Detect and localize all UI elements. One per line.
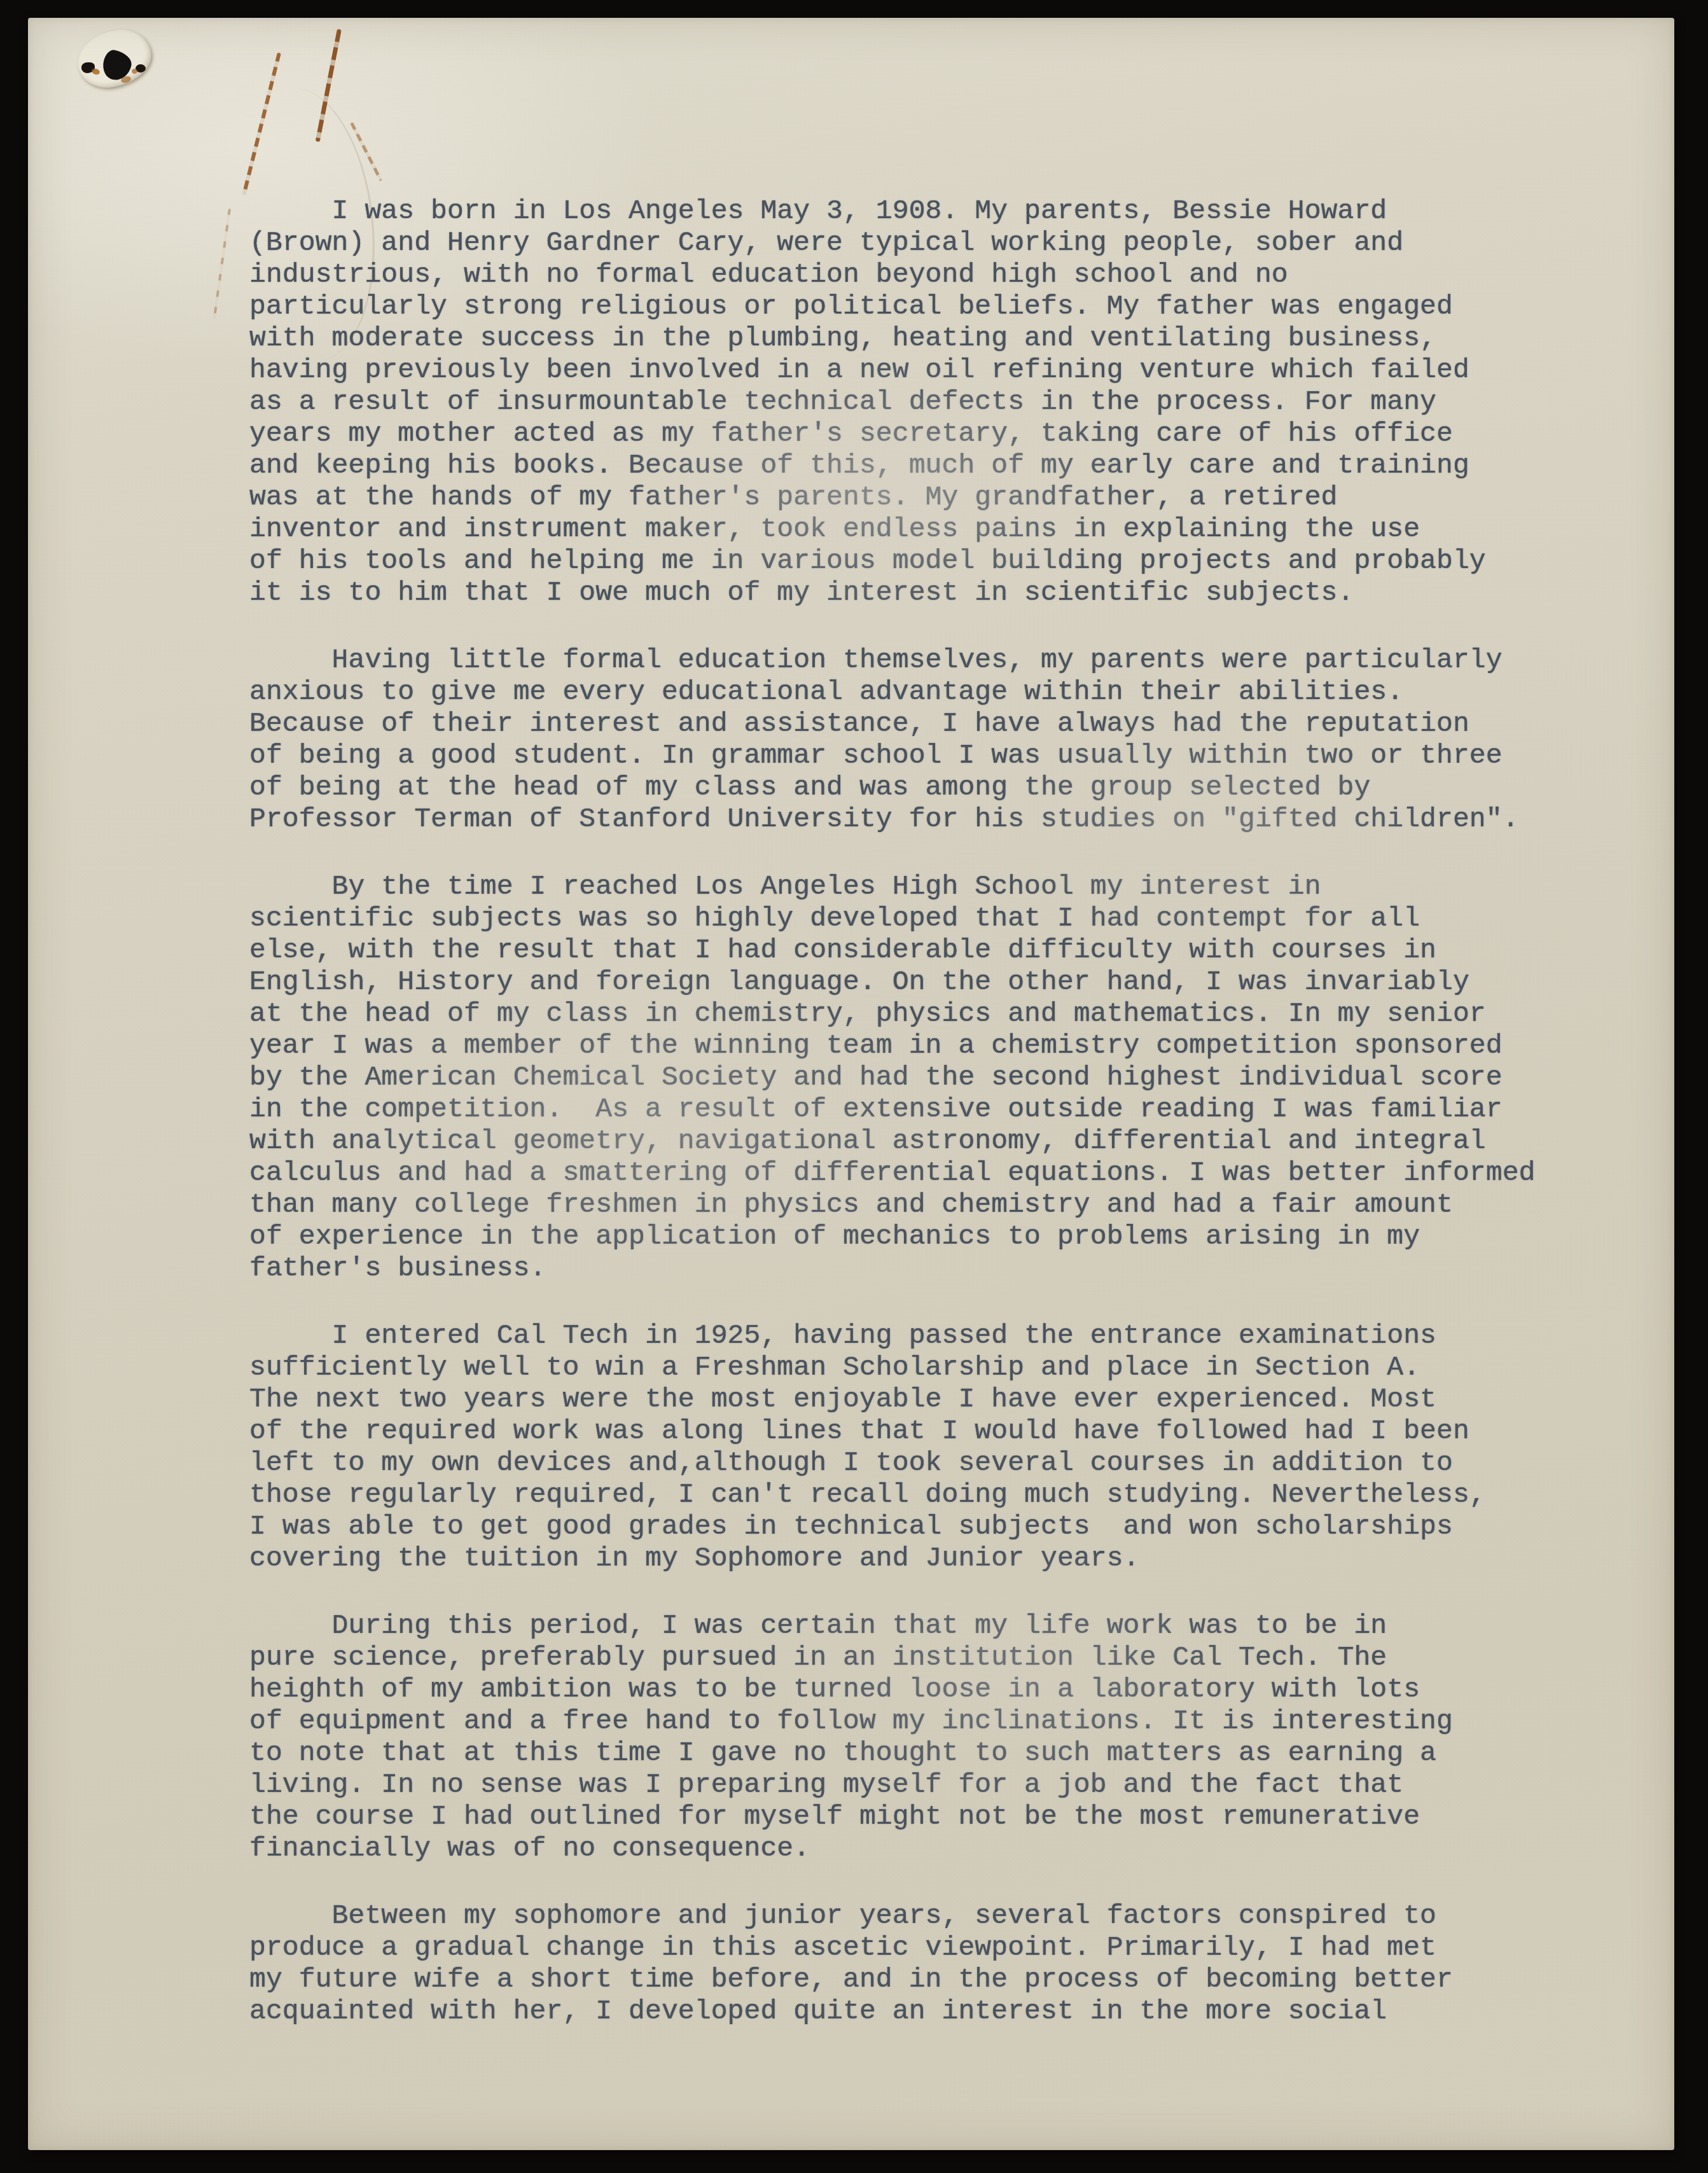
typewritten-line: industrious, with no formal education be…	[249, 259, 1617, 291]
paragraph-2: Having little formal education themselve…	[249, 644, 1617, 835]
rust-speck	[132, 69, 137, 74]
rust-stain-streak	[213, 209, 231, 319]
scan-backdrop: I was born in Los Angeles May 3, 1908. M…	[0, 0, 1708, 2173]
typewritten-line: at the head of my class in chemistry, ph…	[249, 998, 1617, 1030]
typewritten-line: those regularly required, I can't recall…	[249, 1479, 1617, 1511]
typewritten-line: pure science, preferably pursued in an i…	[249, 1642, 1617, 1674]
typewritten-line: as a result of insurmountable technical …	[249, 386, 1617, 418]
typewritten-line: produce a gradual change in this ascetic…	[249, 1932, 1617, 1964]
paragraph-4: I entered Cal Tech in 1925, having passe…	[249, 1320, 1617, 1574]
typewritten-line: year I was a member of the winning team …	[249, 1030, 1617, 1062]
paragraph-6: Between my sophomore and junior years, s…	[249, 1900, 1617, 2027]
typewritten-line: was at the hands of my father's parents.…	[249, 482, 1617, 513]
typewritten-line: it is to him that I owe much of my inter…	[249, 577, 1617, 609]
typewritten-line: by the American Chemical Society and had…	[249, 1062, 1617, 1093]
typewritten-line: Having little formal education themselve…	[249, 644, 1617, 676]
rust-stain-streak	[316, 29, 342, 142]
paper-page: I was born in Los Angeles May 3, 1908. M…	[28, 18, 1674, 2150]
rust-stain-streak	[350, 122, 382, 181]
typewritten-line: acquainted with her, I developed quite a…	[249, 1996, 1617, 2027]
typewritten-line: I was born in Los Angeles May 3, 1908. M…	[249, 195, 1617, 227]
typewritten-line: I was able to get good grades in technic…	[249, 1511, 1617, 1543]
typewritten-line: Between my sophomore and junior years, s…	[249, 1900, 1617, 1932]
typewritten-line: and keeping his books. Because of this, …	[249, 450, 1617, 482]
typewritten-line: father's business.	[249, 1253, 1617, 1284]
typewritten-line: to note that at this time I gave no thou…	[249, 1737, 1617, 1769]
typewritten-line: By the time I reached Los Angeles High S…	[249, 871, 1617, 903]
typewritten-line: I entered Cal Tech in 1925, having passe…	[249, 1320, 1617, 1352]
typewritten-line: scientific subjects was so highly develo…	[249, 903, 1617, 934]
typewritten-line: particularly strong religious or politic…	[249, 291, 1617, 323]
typewritten-line: of the required work was along lines tha…	[249, 1415, 1617, 1447]
typewritten-line: with analytical geometry, navigational a…	[249, 1125, 1617, 1157]
typewritten-line: of being at the head of my class and was…	[249, 772, 1617, 803]
rust-stain-streak	[242, 52, 281, 195]
paragraph-5: During this period, I was certain that m…	[249, 1610, 1617, 1864]
typewritten-line: of experience in the application of mech…	[249, 1221, 1617, 1253]
typewritten-line: heighth of my ambition was to be turned …	[249, 1674, 1617, 1705]
typewritten-line: sufficiently well to win a Freshman Scho…	[249, 1352, 1617, 1384]
typewritten-line: years my mother acted as my father's sec…	[249, 418, 1617, 450]
typewritten-line: my future wife a short time before, and …	[249, 1964, 1617, 1996]
typewritten-line: Professor Terman of Stanford University …	[249, 803, 1617, 835]
typewritten-line: with moderate success in the plumbing, h…	[249, 323, 1617, 354]
typewritten-line: of his tools and helping me in various m…	[249, 545, 1617, 577]
typewritten-line: in the competition. As a result of exten…	[249, 1093, 1617, 1125]
typewritten-line: covering the tuition in my Sophomore and…	[249, 1543, 1617, 1574]
typewritten-line: left to my own devices and,although I to…	[249, 1447, 1617, 1479]
typewritten-line: than many college freshmen in physics an…	[249, 1189, 1617, 1221]
typewritten-line: else, with the result that I had conside…	[249, 934, 1617, 966]
typewritten-line: anxious to give me every educational adv…	[249, 676, 1617, 708]
typewritten-line: calculus and had a smattering of differe…	[249, 1157, 1617, 1189]
typewritten-line: During this period, I was certain that m…	[249, 1610, 1617, 1642]
typewritten-line: financially was of no consequence.	[249, 1833, 1617, 1864]
paragraph-3: By the time I reached Los Angeles High S…	[249, 871, 1617, 1284]
typewritten-line: inventor and instrument maker, took endl…	[249, 513, 1617, 545]
typewritten-line: (Brown) and Henry Gardner Cary, were typ…	[249, 227, 1617, 259]
typewritten-line: living. In no sense was I preparing myse…	[249, 1769, 1617, 1801]
typewritten-line: the course I had outlined for myself mig…	[249, 1801, 1617, 1833]
paragraph-1: I was born in Los Angeles May 3, 1908. M…	[249, 195, 1617, 609]
typewritten-line: English, History and foreign language. O…	[249, 966, 1617, 998]
typewritten-line: having previously been involved in a new…	[249, 354, 1617, 386]
typewritten-line: The next two years were the most enjoyab…	[249, 1384, 1617, 1415]
typewritten-text-block: I was born in Los Angeles May 3, 1908. M…	[249, 195, 1617, 2063]
typewritten-line: of equipment and a free hand to follow m…	[249, 1705, 1617, 1737]
typewritten-line: of being a good student. In grammar scho…	[249, 740, 1617, 772]
typewritten-line: Because of their interest and assistance…	[249, 708, 1617, 740]
